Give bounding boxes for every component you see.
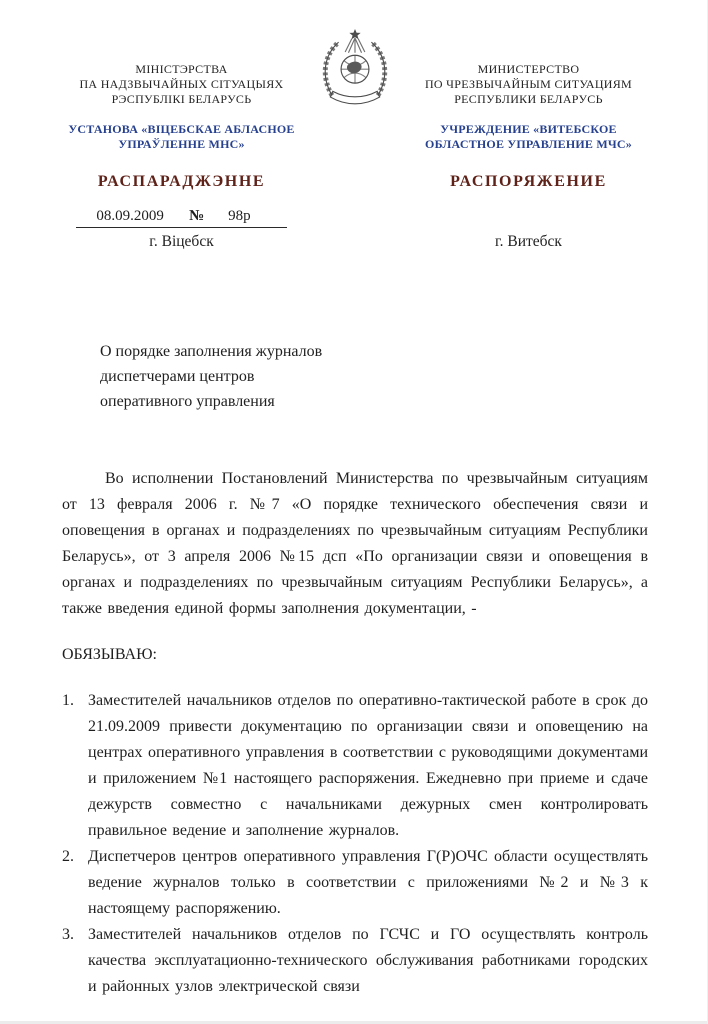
list-item-text: Диспетчеров центров оперативного управле… bbox=[88, 844, 648, 922]
letterhead: МІНІСТЭРСТВА ПА НАДЗВЫЧАЙНЫХ СІТУАЦЫЯХ Р… bbox=[62, 26, 648, 251]
preamble-paragraph: Во исполнении Постановлений Министерства… bbox=[62, 466, 648, 622]
date-line-spacer bbox=[409, 191, 648, 228]
subject-line: диспетчерами центров bbox=[100, 364, 648, 389]
institution-line: УСТАНОВА «ВІЦЕБСКАЕ АБЛАСНОЕ bbox=[62, 122, 301, 137]
subject-line: О порядке заполнения журналов bbox=[100, 339, 648, 364]
ministry-line: МІНІСТЭРСТВА bbox=[62, 62, 301, 77]
emblem-container bbox=[307, 26, 403, 112]
list-item-text: Заместителей начальников отделов по ГСЧС… bbox=[88, 922, 648, 1000]
belarus-coat-of-arms-icon bbox=[314, 28, 396, 112]
list-item-number: 2. bbox=[62, 844, 88, 922]
list-item: 3. Заместителей начальников отделов по Г… bbox=[62, 922, 648, 1000]
list-item-number: 1. bbox=[62, 688, 88, 844]
ministry-name-ru: МИНИСТЕРСТВО ПО ЧРЕЗВЫЧАЙНЫМ СИТУАЦИЯМ Р… bbox=[409, 62, 648, 107]
letterhead-left-column: МІНІСТЭРСТВА ПА НАДЗВЫЧАЙНЫХ СІТУАЦЫЯХ Р… bbox=[62, 26, 301, 251]
doc-type-title-by: РАСПАРАДЖЭННЕ bbox=[62, 173, 301, 191]
institution-name-ru: УЧРЕЖДЕНИЕ «ВИТЕБСКОЕ ОБЛАСТНОЕ УПРАВЛЕН… bbox=[409, 122, 648, 152]
institution-line: УЧРЕЖДЕНИЕ «ВИТЕБСКОЕ bbox=[409, 122, 648, 137]
doc-type-title-ru: РАСПОРЯЖЕНИЕ bbox=[409, 173, 648, 191]
city-by: г. Віцебск bbox=[62, 233, 301, 251]
number-sign: № bbox=[189, 206, 204, 226]
obligate-heading: ОБЯЗЫВАЮ: bbox=[62, 642, 648, 668]
city-ru: г. Витебск bbox=[409, 233, 648, 251]
directives-list: 1. Заместителей начальников отделов по о… bbox=[62, 688, 648, 1000]
institution-line: ОБЛАСТНОЕ УПРАВЛЕНИЕ МЧС» bbox=[409, 137, 648, 152]
date-and-number-line: 08.09.2009 № 98р bbox=[76, 206, 286, 228]
document-page: МІНІСТЭРСТВА ПА НАДЗВЫЧАЙНЫХ СІТУАЦЫЯХ Р… bbox=[0, 0, 708, 1024]
ministry-line: МИНИСТЕРСТВО bbox=[409, 62, 648, 77]
list-item-text: Заместителей начальников отделов по опер… bbox=[88, 688, 648, 844]
doc-number: 98р bbox=[228, 206, 251, 226]
ministry-line: ПА НАДЗВЫЧАЙНЫХ СІТУАЦЫЯХ bbox=[62, 77, 301, 92]
institution-line: УПРАЎЛЕННЕ МНС» bbox=[62, 137, 301, 152]
institution-name-by: УСТАНОВА «ВІЦЕБСКАЕ АБЛАСНОЕ УПРАЎЛЕННЕ … bbox=[62, 122, 301, 152]
ministry-line: РЕСПУБЛИКИ БЕЛАРУСЬ bbox=[409, 92, 648, 107]
letterhead-right-column: МИНИСТЕРСТВО ПО ЧРЕЗВЫЧАЙНЫМ СИТУАЦИЯМ Р… bbox=[409, 26, 648, 251]
list-item-number: 3. bbox=[62, 922, 88, 1000]
subject-line: оперативного управления bbox=[100, 389, 648, 414]
list-item: 1. Заместителей начальников отделов по о… bbox=[62, 688, 648, 844]
list-item: 2. Диспетчеров центров оперативного упра… bbox=[62, 844, 648, 922]
ministry-name-by: МІНІСТЭРСТВА ПА НАДЗВЫЧАЙНЫХ СІТУАЦЫЯХ Р… bbox=[62, 62, 301, 107]
doc-date: 08.09.2009 bbox=[96, 206, 164, 226]
ministry-line: ПО ЧРЕЗВЫЧАЙНЫМ СИТУАЦИЯМ bbox=[409, 77, 648, 92]
ministry-line: РЭСПУБЛІКІ БЕЛАРУСЬ bbox=[62, 92, 301, 107]
document-subject: О порядке заполнения журналов диспетчера… bbox=[100, 339, 648, 414]
